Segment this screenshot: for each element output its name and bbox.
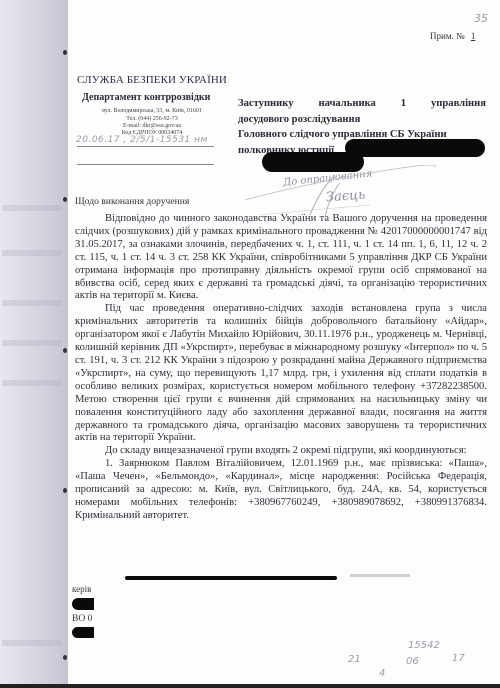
punch-hole-icon — [63, 655, 67, 660]
resolution-signature-strokes — [240, 165, 440, 220]
registration-line — [77, 164, 214, 165]
redaction-bar — [72, 627, 94, 638]
bleed-through-text — [2, 300, 62, 306]
bleed-through-text — [2, 640, 62, 646]
letterhead-org: СЛУЖБА БЕЗПЕКИ УКРАЇНИ — [77, 74, 227, 86]
document-binding-edge — [0, 0, 68, 688]
incoming-year-handwritten: 17 — [452, 653, 465, 664]
punch-hole-icon — [63, 488, 67, 493]
registration-line — [77, 146, 214, 147]
punch-hole-icon — [63, 197, 67, 202]
recipient-line: досудового розслідування — [238, 112, 486, 128]
subject-line: Щодо виконання доручення — [75, 196, 189, 207]
bleed-through-text — [2, 380, 62, 386]
paragraph-1: Відповідно до чинного законодавства Укра… — [75, 213, 487, 303]
attachment-label: Прим. № — [430, 31, 465, 41]
recipient-line: Заступнику начальника 1 управління — [238, 96, 486, 112]
redaction-bar — [72, 598, 94, 610]
incoming-day-handwritten: 21 — [348, 654, 361, 665]
document-body: Відповідно до чинного законодавства Укра… — [75, 213, 487, 523]
bleed-through-text — [2, 250, 62, 256]
incoming-month-handwritten: 06 — [406, 656, 419, 667]
list-item-1: 1. Заярнюком Павлом Віталійовичем, 12.01… — [75, 458, 487, 523]
punch-hole-icon — [63, 348, 67, 353]
bleed-through-text — [2, 205, 62, 211]
page-number-pencil: 35 — [474, 12, 488, 25]
incoming-extra-handwritten: 4 — [379, 668, 385, 679]
redaction-bar — [345, 139, 485, 157]
punch-hole-icon — [63, 50, 67, 55]
attachment-value: 1 — [467, 31, 480, 41]
paragraph-2: Під час проведення оперативно-слідчих за… — [75, 303, 487, 445]
attachment-number: Прим. № 1 — [430, 31, 479, 41]
scan-bottom-edge — [0, 684, 500, 688]
truncated-line-b: ВО 0 — [72, 614, 92, 624]
bleed-through-text — [2, 340, 62, 346]
faded-text-line — [350, 574, 410, 577]
incoming-number-handwritten: 15542 — [408, 640, 440, 651]
truncated-line-a: кеpів — [72, 584, 91, 594]
registration-number-handwritten: 20.06.17 , 2/5/1-15531 нм — [76, 135, 208, 145]
redaction-line — [125, 576, 337, 580]
letterhead-department: Департамент контррозвідки — [82, 92, 210, 103]
letterhead-address: вул. Володимирська, 33, м. Київ, 01601 — [77, 107, 227, 115]
paragraph-3: До складу вищезазначеної групи входять 2… — [75, 445, 487, 458]
